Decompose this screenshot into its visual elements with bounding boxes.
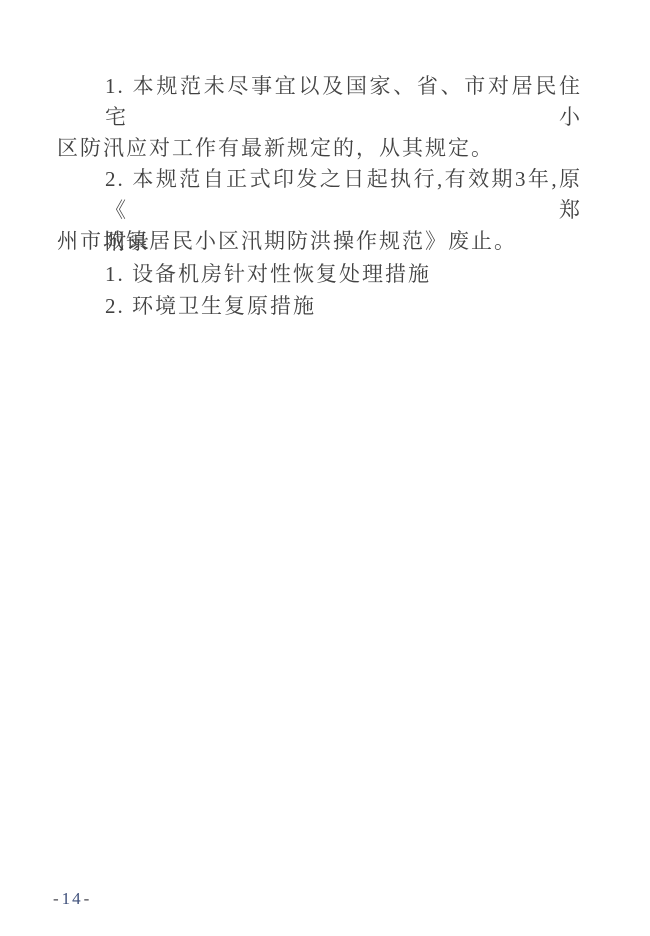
page-number-dash-right: - bbox=[84, 889, 92, 908]
page-number: 14 bbox=[61, 889, 84, 908]
page-number-dash-left: - bbox=[53, 889, 61, 908]
appendix-item-1: 1. 设备机房针对性恢复处理措施 bbox=[57, 258, 582, 290]
document-page: 1. 本规范未尽事宜以及国家、省、市对居民住宅小 区防汛应对工作有最新规定的，从… bbox=[0, 0, 650, 936]
paragraph-1-line-1: 1. 本规范未尽事宜以及国家、省、市对居民住宅小 bbox=[57, 71, 582, 133]
paragraph-2-line-1: 2. 本规范自正式印发之日起执行,有效期3年,原《郑 bbox=[57, 164, 582, 226]
paragraph-1-line-2: 区防汛应对工作有最新规定的，从其规定。 bbox=[57, 133, 582, 164]
appendix-section: 附录 1. 设备机房针对性恢复处理措施 2. 环境卫生复原措施 bbox=[57, 226, 582, 322]
page-footer: -14- bbox=[53, 889, 91, 909]
appendix-heading: 附录 bbox=[57, 226, 582, 258]
appendix-item-2: 2. 环境卫生复原措施 bbox=[57, 290, 582, 322]
